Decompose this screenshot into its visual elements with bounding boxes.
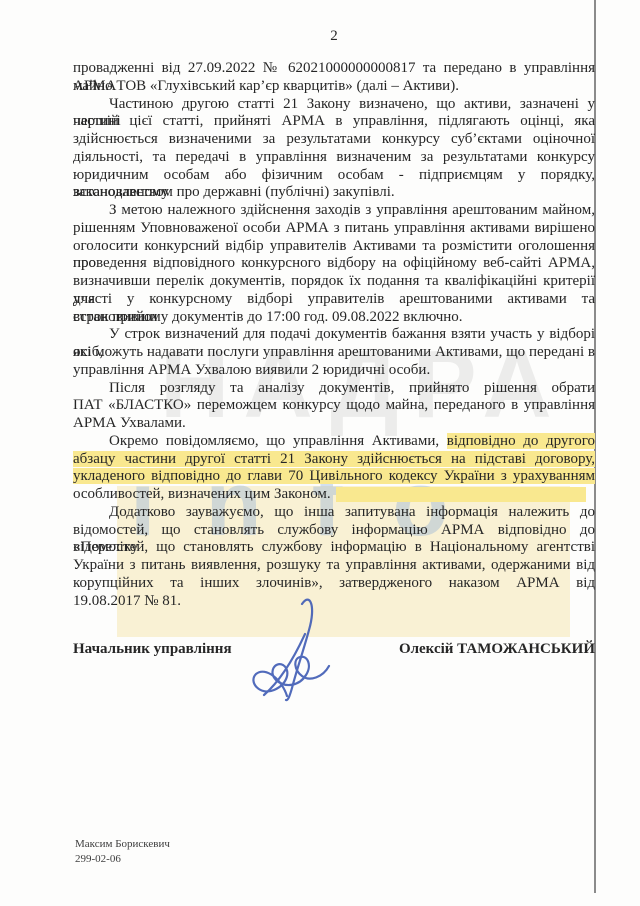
document-line: здійснюється визначеними за результатами… [73, 131, 595, 149]
document-line: ПАТ «БЛАСТКО» переможцем конкурсу щодо м… [73, 397, 595, 415]
document-line: участі у конкурсному відборі управителів… [73, 291, 595, 309]
signer-title: Начальник управління [73, 641, 232, 658]
document-line: майно ТОВ «Глухівський кар’єр кварцитів»… [73, 78, 595, 96]
text-segment: проведення відповідного конкурсного відб… [73, 255, 595, 271]
signature-ink [236, 596, 340, 704]
document-line: управління АРМА Ухвалою виявили 2 юридич… [73, 362, 595, 380]
document-line: укладеного відповідно до глави 70 Цивіль… [73, 468, 595, 486]
text-segment: рішенням Уповноваженої особи АРМА з пита… [73, 220, 595, 236]
text-segment: Окремо повідомляємо, що управління Актив… [109, 433, 447, 449]
text-segment: першій цієї статті, прийняті АРМА в упра… [73, 113, 595, 129]
text-segment: Додатково зауважуємо, що інша запитувана… [109, 504, 595, 520]
document-line: З метою належного здійснення заходів з у… [73, 202, 595, 220]
text-segment: 19.08.2017 № 81. [73, 593, 181, 609]
executor-phone: 299-02-06 [75, 852, 170, 867]
text-segment: ПАТ «БЛАСТКО» переможцем конкурсу щодо м… [73, 397, 595, 413]
text-segment: які можуть надавати послуги управління а… [73, 344, 595, 360]
text-segment: корупційних та інших злочинів», затвердж… [73, 575, 595, 591]
text-segment: здійснюється визначеними за результатами… [73, 131, 595, 147]
document-line: Окремо повідомляємо, що управління Актив… [73, 433, 595, 451]
document-line: строк прийому документів до 17:00 год. 0… [73, 309, 595, 327]
text-segment: АРМА Ухвалами. [73, 415, 186, 431]
document-line: Додатково зауважуємо, що інша запитувана… [73, 504, 595, 522]
document-line: корупційних та інших злочинів», затвердж… [73, 575, 595, 593]
text-segment: управління АРМА Ухвалою виявили 2 юридич… [73, 362, 430, 378]
document-line: відомостей, що становлять службову інфор… [73, 539, 595, 557]
document-line: першій цієї статті, прийняті АРМА в упра… [73, 113, 595, 131]
text-column: провадженні від 27.09.2022 № 62021000000… [73, 60, 595, 610]
text-segment: Після розгляду та аналізу документів, пр… [109, 380, 595, 396]
document-line: відомостей, що становлять службову інфор… [73, 522, 595, 540]
highlighted-text: відповідно до другого [447, 433, 595, 449]
text-segment: майно ТОВ «Глухівський кар’єр кварцитів»… [73, 78, 459, 94]
text-segment: діяльності, та передачі в управління виз… [73, 149, 595, 165]
text-segment: відомостей, що становлять службову інфор… [73, 539, 595, 555]
document-line: юридичним особам або фізичним особам - п… [73, 167, 595, 185]
document-line: які можуть надавати послуги управління а… [73, 344, 595, 362]
text-segment: строк прийому документів до 17:00 год. 0… [73, 309, 463, 325]
executor-name: Максим Борискевич [75, 837, 170, 852]
text-segment: законодавством про державні (публічні) з… [73, 184, 395, 200]
highlight-band [336, 487, 586, 502]
document-line: АРМА Ухвалами. [73, 415, 595, 433]
document-line: оголосити конкурсний відбір управителів … [73, 238, 595, 256]
document-line: Частиною другою статті 21 Закону визначе… [73, 96, 595, 114]
text-segment: З метою належного здійснення заходів з у… [109, 202, 595, 218]
executor-footer: Максим Борискевич 299-02-06 [75, 837, 170, 867]
page-number: 2 [73, 28, 595, 45]
text-segment: України з питань виявлення, розшуку та у… [73, 557, 595, 573]
document-page: НАДРА info 2 провадженні від 27.09.2022 … [0, 0, 640, 906]
highlighted-text: укладеного відповідно до глави 70 Цивіль… [73, 468, 595, 484]
document-line: діяльності, та передачі в управління виз… [73, 149, 595, 167]
document-line: особливостей, визначених цим Законом. [73, 486, 595, 504]
document-line: визначивши перелік документів, порядок ї… [73, 273, 595, 291]
document-line: провадженні від 27.09.2022 № 62021000000… [73, 60, 595, 78]
document-line: проведення відповідного конкурсного відб… [73, 255, 595, 273]
signer-name: Олексій ТАМОЖАНСЬКИЙ [340, 641, 595, 658]
document-line: України з питань виявлення, розшуку та у… [73, 557, 595, 575]
document-line: У строк визначений для подачі документів… [73, 326, 595, 344]
highlighted-text: абзацу частини другої статті 21 Закону з… [73, 451, 595, 467]
text-segment: особливостей, визначених цим Законом. [73, 486, 331, 502]
document-line: абзацу частини другої статті 21 Закону з… [73, 451, 595, 469]
document-line: рішенням Уповноваженої особи АРМА з пита… [73, 220, 595, 238]
document-line: Після розгляду та аналізу документів, пр… [73, 380, 595, 398]
document-line: законодавством про державні (публічні) з… [73, 184, 595, 202]
